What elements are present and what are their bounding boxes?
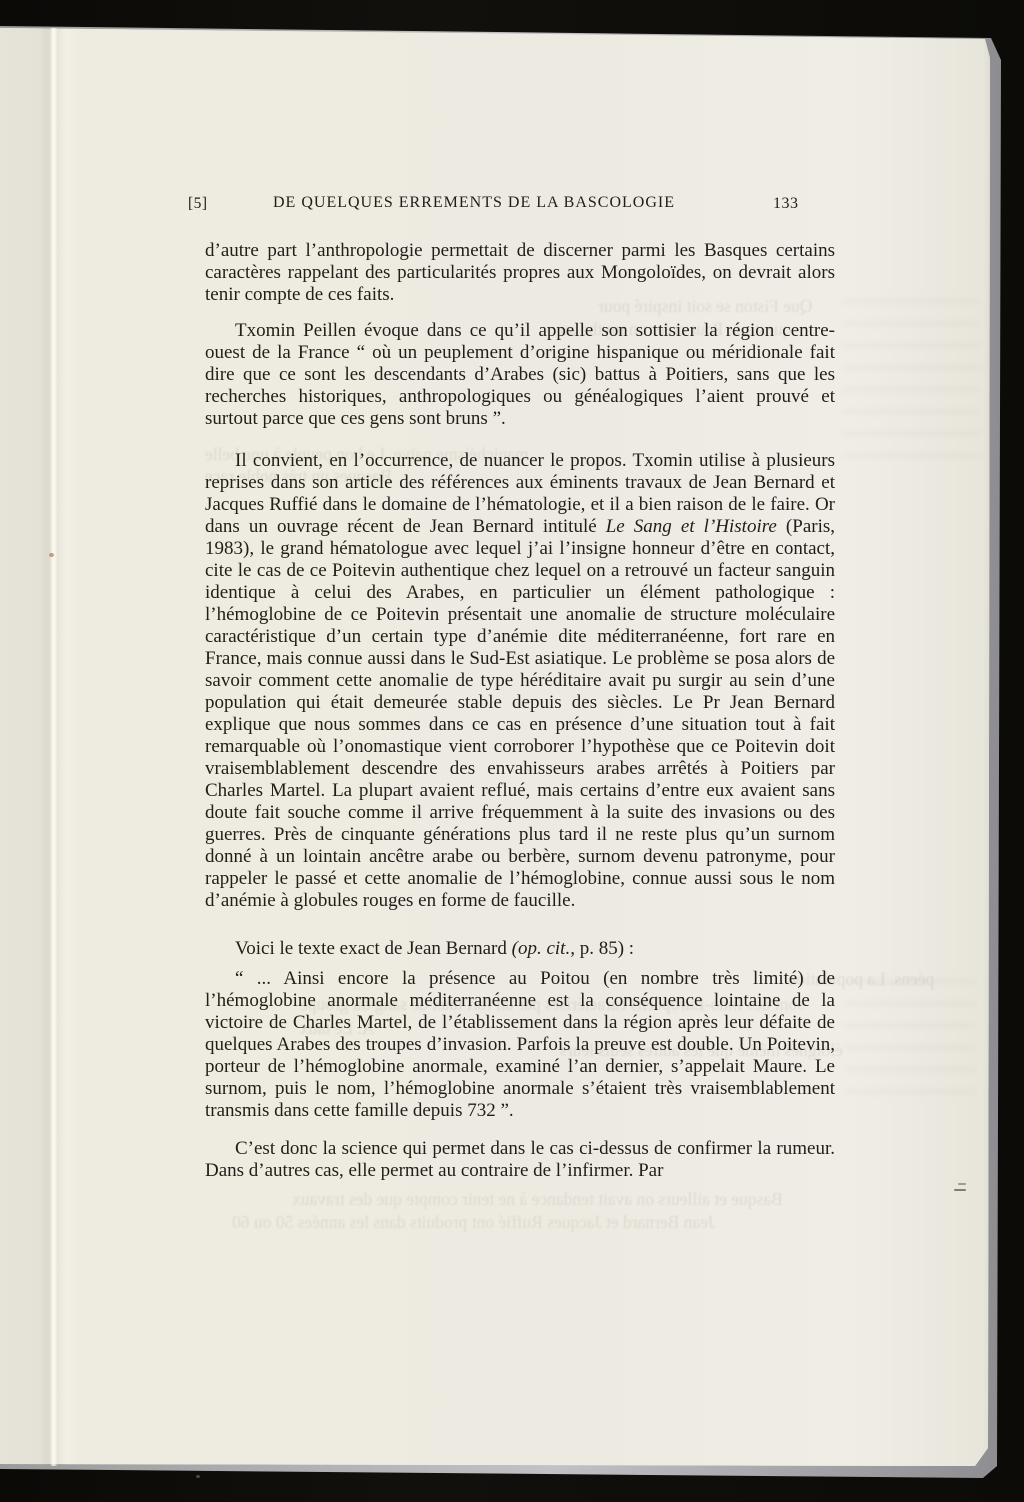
paper-speck [196, 1475, 200, 1478]
paragraph: Txomin Peillen évoque dans ce qu’il appe… [205, 320, 835, 430]
show-through-smudge [845, 980, 975, 1110]
pencil-equals-mark [954, 1183, 968, 1193]
paragraph: “ ... Ainsi encore la présence au Poitou… [205, 968, 835, 1122]
paragraph: C’est donc la science qui permet dans le… [205, 1138, 835, 1182]
body-text: d’autre part l’anthropologie permettait … [205, 240, 835, 1182]
page-content: Que Fiston se soit inspiré pourquestion.… [0, 0, 1024, 1502]
running-header: [5] DE QUELQUES ERREMENTS DE LA BASCOLOG… [0, 194, 1024, 220]
header-section-number: [5] [188, 195, 208, 213]
ghost-show-through-line: Basque et ailleurs on avait tendance à n… [292, 1189, 783, 1210]
scanned-book-photo: Que Fiston se soit inspiré pourquestion.… [0, 0, 1024, 1502]
header-page-number: 133 [773, 195, 799, 213]
paragraph: Il convient, en l’occurrence, de nuancer… [205, 450, 835, 912]
ghost-show-through-line: Jean Bernard et Jacques Ruffié ont produ… [232, 1212, 715, 1233]
paragraph: Voici le texte exact de Jean Bernard (op… [205, 938, 835, 960]
header-title: DE QUELQUES ERREMENTS DE LA BASCOLOGIE [273, 194, 675, 212]
show-through-smudge [842, 300, 980, 470]
paragraph: d’autre part l’anthropologie permettait … [205, 240, 835, 306]
paper-speck [49, 553, 54, 557]
